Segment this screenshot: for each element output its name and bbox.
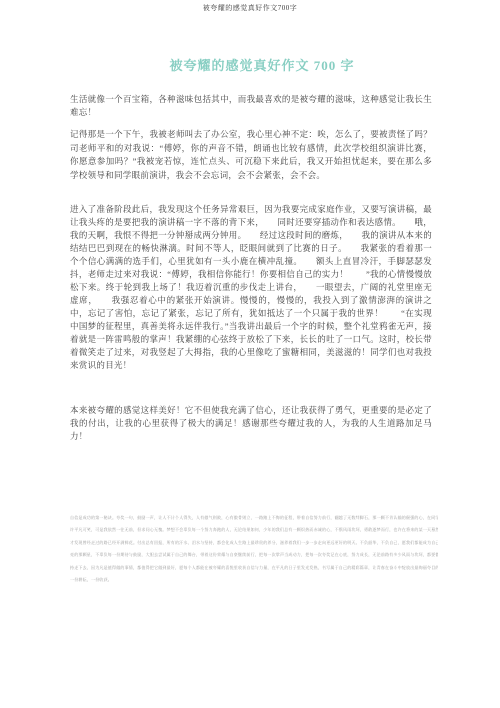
fine-print-line: 一份耕耘，一份收获。 bbox=[70, 574, 438, 586]
essay-paragraph-conclusion: 本来被夸耀的感觉这样美好！它不但使我充满了信心，还让我获得了勇气，更重要的是必定… bbox=[70, 404, 432, 443]
print-header-title: 被夸耀的感觉真好作文700字 bbox=[0, 3, 500, 13]
essay-paragraph-invitation: 记得那是一个下午，我被老师叫去了办公室，我心里心神不定：唉，怎么了，要被责怪了吗… bbox=[70, 128, 432, 182]
fine-print-line: 亮的那颗星，不辜负每一份期待与鼓励，大胆去尝试属于自己的舞台，带着这份荣耀与自豪… bbox=[70, 549, 438, 561]
essay-title: 被夸耀的感觉真好作文 700 字 bbox=[12, 55, 500, 74]
essay-paragraph-contest: 进入了准备阶段此后，我发现这个任务异常艰巨，因为我要完成家庭作业，又要写演讲稿，… bbox=[70, 203, 432, 372]
document-page: 被夸耀的感觉真好作文700字 被夸耀的感觉真好作文 700 字 生活就像一个百宝… bbox=[0, 0, 500, 708]
essay-paragraph-intro: 生活就像一个百宝箱，各种滋味包括其中，而我最喜欢的是被夸耀的滋味，这种感觉让我长… bbox=[70, 93, 432, 119]
fine-print-line: 自信是成功的第一秘诀。夸奖一句，鼓励一声，让人不计个人得失，人有傲气则败，心有傲… bbox=[70, 512, 438, 524]
fine-print-line: 持走下去，因为凡是值得做的事情，都值得把它做到最好，愿每个人都能在被夸耀的喜悦里… bbox=[70, 562, 438, 574]
fine-print-line: 许平凡可笑，可是我依然一往无前，但求问心无愧。梦想不会辜负每一个努力奔跑的人，无… bbox=[70, 524, 438, 536]
fine-print-block: 自信是成功的第一秘诀。夸奖一句，鼓励一声，让人不计个人得失，人有傲气则败，心有傲… bbox=[70, 512, 438, 586]
fine-print-line: 才发现曾经走过的路已经开满鲜花。付出总有回报，所有的汗水、泪水与坚持，都会化成人… bbox=[70, 537, 438, 549]
